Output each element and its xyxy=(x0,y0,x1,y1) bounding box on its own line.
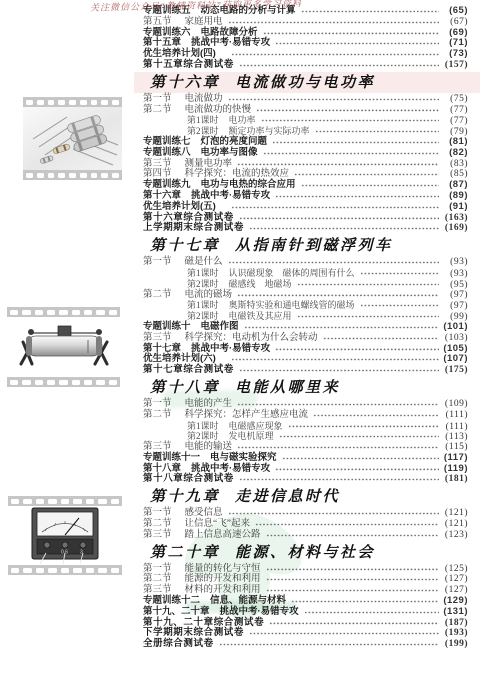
perforation-hole xyxy=(84,380,92,385)
chapter-heading: 第二十章能源、材料与社会 xyxy=(143,543,468,563)
perforation-hole xyxy=(58,100,65,105)
dot-leader xyxy=(228,17,439,28)
toc-entry: 第十七章综合测试卷(175) xyxy=(143,365,468,376)
dot-leader xyxy=(239,474,439,485)
filmstrip-perforations xyxy=(23,170,122,180)
dot-leader xyxy=(239,213,439,224)
entry-page-number: (77) xyxy=(442,105,468,116)
perforation-hole xyxy=(48,568,56,573)
toc-entry: 第十五章综合测试卷(157) xyxy=(143,60,468,71)
perforation-hole xyxy=(35,380,43,385)
entry-page-number: (131) xyxy=(442,607,468,618)
entry-number: 第十八章 xyxy=(143,464,181,475)
entry-title: 踏上信息高速公路 xyxy=(185,530,261,541)
entry-number: 优生培养计划(五) xyxy=(143,202,216,213)
entry-number: 上学期期末综合测试卷 xyxy=(143,223,244,234)
perforation-hole xyxy=(98,568,106,573)
toc-entry: 第1课时认识磁现象 磁体的周围有什么(93) xyxy=(143,268,468,279)
toc-entry: 第一节感受信息(121) xyxy=(143,508,468,519)
entry-page-number: (111) xyxy=(442,410,468,421)
perforation-hole xyxy=(96,380,104,385)
perforation-hole xyxy=(58,173,65,178)
entry-number: 第十九、二十章综合测试卷 xyxy=(143,618,264,629)
chapter-number: 第十九章 xyxy=(150,489,220,505)
perforation-hole xyxy=(26,100,33,105)
entry-title: 家庭用电 xyxy=(185,17,223,28)
filmstrip-perforations xyxy=(7,377,120,387)
dot-leader xyxy=(275,344,439,355)
entry-page-number: (121) xyxy=(442,519,468,530)
entry-page-number: (169) xyxy=(442,223,468,234)
dot-leader xyxy=(269,618,439,629)
toc-entry: 第二节电流的磁场(97) xyxy=(143,290,468,301)
entry-number: 第十六章综合测试卷 xyxy=(143,213,234,224)
perforation-hole xyxy=(37,100,44,105)
entry-title: 电磁作图 xyxy=(201,322,239,333)
meter-photo: 0.6 3 xyxy=(8,506,122,565)
perforation-hole xyxy=(11,499,19,504)
toc-entry: 专题训练八电功率与图像(82) xyxy=(143,148,468,159)
chapter-heading: 第十七章从指南针到磁浮列车 xyxy=(143,236,468,256)
toc-entry: 第一节磁是什么(93) xyxy=(143,257,468,268)
rheostat-photo xyxy=(7,317,120,377)
dot-leader xyxy=(266,530,439,541)
perforation-hole xyxy=(112,173,119,178)
chapter-number: 第十七章 xyxy=(150,238,220,254)
entry-number: 第二节 xyxy=(143,290,172,301)
perforation-hole xyxy=(84,310,92,315)
toc-entry: 第1课时电功率(77) xyxy=(143,115,468,126)
dot-leader xyxy=(275,191,439,202)
resistors-photo xyxy=(23,107,122,170)
toc-entry: 下学期期末综合测试卷(193) xyxy=(143,628,468,639)
entry-page-number: (125) xyxy=(442,564,468,575)
perforation-hole xyxy=(35,310,43,315)
entry-page-number: (181) xyxy=(442,474,468,485)
dot-leader xyxy=(231,202,439,213)
dot-leader xyxy=(297,279,439,290)
entry-number: 优生培养计划(四) xyxy=(143,49,216,60)
entry-number: 第一节 xyxy=(143,399,172,410)
perforation-hole xyxy=(91,100,98,105)
toc-entry: 专题训练七灯泡的亮度问题(81) xyxy=(143,137,468,148)
toc-entry: 第二节让信息“飞”起来(121) xyxy=(143,519,468,530)
entry-page-number: (97) xyxy=(442,301,468,312)
dot-leader xyxy=(237,290,439,301)
entry-number: 第五节 xyxy=(143,17,172,28)
entry-title: 电功率与图像 xyxy=(201,148,258,159)
entry-title: 能量的转化与守恒 xyxy=(185,564,261,575)
perforation-hole xyxy=(48,499,56,504)
entry-page-number: (111) xyxy=(442,422,468,433)
entry-title: 磁感线 地磁场 xyxy=(229,279,292,290)
chapter-title: 电流做功与电功率 xyxy=(235,75,375,91)
entry-number: 第二节 xyxy=(143,105,172,116)
entry-title: 电功率 xyxy=(229,115,256,126)
perforation-hole xyxy=(73,499,81,504)
entry-page-number: (121) xyxy=(442,508,468,519)
entry-title: 科学探究：电动机为什么会转动 xyxy=(185,333,318,344)
chapter-number: 第十八章 xyxy=(150,380,220,396)
perforation-hole xyxy=(98,499,106,504)
entry-title: 能源的开发和利用 xyxy=(185,574,261,585)
perforation-hole xyxy=(61,499,69,504)
dot-leader xyxy=(301,180,439,191)
toc-entry: 第2课时磁感线 地磁场(95) xyxy=(143,279,468,290)
toc-entry: 第二节能源的开发和利用(127) xyxy=(143,574,468,585)
dot-leader xyxy=(291,596,439,607)
dot-leader xyxy=(263,28,439,39)
entry-title: 奥斯特实验和通电螺线管的磁场 xyxy=(229,300,355,311)
entry-number: 第一节 xyxy=(143,564,172,575)
dot-leader xyxy=(255,519,439,530)
toc-entry: 专题训练十电磁作图(101) xyxy=(143,322,468,333)
perforation-hole xyxy=(96,310,104,315)
entry-number: 第2课时 xyxy=(187,431,219,442)
entry-page-number: (119) xyxy=(442,464,468,475)
toc-entry: 第2课时额定功率与实际功率(79) xyxy=(143,126,468,137)
entry-page-number: (82) xyxy=(442,148,468,159)
perforation-hole xyxy=(37,173,44,178)
perforation-hole xyxy=(69,173,76,178)
toc-entry: 优生培养计划(六)(107) xyxy=(143,354,468,365)
toc-entry: 第十九、二十章挑战中考·易错专攻(131) xyxy=(143,607,468,618)
entry-page-number: (127) xyxy=(442,574,468,585)
toc-entry: 第四节科学探究：电流的热效应(85) xyxy=(143,169,468,180)
dot-leader xyxy=(237,159,439,170)
perforation-hole xyxy=(22,380,30,385)
entry-page-number: (157) xyxy=(442,60,468,71)
perforation-hole xyxy=(59,380,67,385)
dot-leader xyxy=(263,148,439,159)
perforation-hole xyxy=(23,499,31,504)
toc-entry: 第二节科学探究：怎样产生感应电流(111) xyxy=(143,410,468,421)
perforation-hole xyxy=(48,173,55,178)
entry-title: 电流做功 xyxy=(185,94,223,105)
entry-title: 让信息“飞”起来 xyxy=(185,519,250,530)
entry-page-number: (123) xyxy=(442,530,468,541)
dot-leader xyxy=(360,268,439,279)
entry-page-number: (109) xyxy=(442,399,468,410)
entry-number: 第二节 xyxy=(143,410,172,421)
filmstrip-perforations xyxy=(23,97,122,107)
toc-entry: 第1课时电磁感应现象(111) xyxy=(143,421,468,432)
perforation-hole xyxy=(86,499,94,504)
dot-leader xyxy=(228,94,439,105)
filmstrip-perforations xyxy=(8,565,122,575)
perforation-hole xyxy=(111,568,119,573)
filmstrip-perforations xyxy=(7,307,120,317)
toc-entry: 优生培养计划(五)(91) xyxy=(143,202,468,213)
entry-number: 第一节 xyxy=(143,508,172,519)
dot-leader xyxy=(297,311,439,322)
perforation-hole xyxy=(36,568,44,573)
toc-entry: 第三节测量电功率(83) xyxy=(143,159,468,170)
entry-number: 优生培养计划(六) xyxy=(143,354,216,365)
dot-leader xyxy=(313,410,439,421)
chapter-heading: 第十六章电流做功与电功率 xyxy=(143,73,468,93)
entry-number: 第1课时 xyxy=(187,300,219,311)
chapter-number: 第十六章 xyxy=(150,75,220,91)
perforation-hole xyxy=(109,310,117,315)
perforation-hole xyxy=(47,310,55,315)
perforation-hole xyxy=(69,100,76,105)
filmstrip-resistors xyxy=(23,97,122,180)
dot-leader xyxy=(304,607,439,618)
perforation-hole xyxy=(23,568,31,573)
entry-number: 第十七章综合测试卷 xyxy=(143,365,234,376)
filmstrip-rheostat xyxy=(7,307,120,387)
perforation-hole xyxy=(26,173,33,178)
entry-page-number: (193) xyxy=(442,628,468,639)
entry-title: 挑战中考·易错专攻 xyxy=(191,464,270,475)
toc-entry: 优生培养计划(四)(73) xyxy=(143,49,468,60)
perforation-hole xyxy=(47,380,55,385)
perforation-hole xyxy=(111,499,119,504)
perforation-hole xyxy=(101,100,108,105)
entry-number: 专题训练八 xyxy=(143,148,191,159)
toc-entry: 第十六章综合测试卷(163) xyxy=(143,213,468,224)
dot-leader xyxy=(231,354,439,365)
chapter-heading: 第十八章电能从哪里来 xyxy=(143,378,468,398)
dot-leader xyxy=(244,322,439,333)
perforation-hole xyxy=(22,310,30,315)
entry-page-number: (107) xyxy=(442,354,468,365)
toc-entry: 第一节电流做功(75) xyxy=(143,94,468,105)
entry-number: 全册综合测试卷 xyxy=(143,639,214,650)
dot-leader xyxy=(275,464,439,475)
dot-leader xyxy=(288,421,439,432)
entry-number: 第三节 xyxy=(143,530,172,541)
dot-leader xyxy=(323,333,439,344)
entry-title: 磁是什么 xyxy=(185,257,223,268)
entry-page-number: (67) xyxy=(442,17,468,28)
entry-title: 挑战中考·易错专攻 xyxy=(220,607,299,618)
dot-leader xyxy=(360,300,439,311)
toc-entry: 第三节踏上信息高速公路(123) xyxy=(143,530,468,541)
perforation-hole xyxy=(112,100,119,105)
entry-page-number: (93) xyxy=(442,269,468,280)
dot-leader xyxy=(279,431,439,442)
perforation-hole xyxy=(48,100,55,105)
filmstrip-meter: 0.6 3 xyxy=(8,496,122,575)
scanned-toc-page: 关注微信公众号“教辅资料站”获取更多学习资料 xyxy=(0,0,480,692)
entry-page-number: (199) xyxy=(442,639,468,650)
dot-leader xyxy=(249,223,439,234)
entry-number: 第1课时 xyxy=(187,115,219,126)
entry-title: 认识磁现象 磁体的周围有什么 xyxy=(229,268,355,279)
entry-number: 第二节 xyxy=(143,519,172,530)
entry-page-number: (175) xyxy=(442,365,468,376)
entry-title: 电流做功的快慢 xyxy=(185,105,252,116)
dot-leader xyxy=(266,574,439,585)
perforation-hole xyxy=(73,568,81,573)
entry-page-number: (91) xyxy=(442,202,468,213)
dot-leader xyxy=(219,639,439,650)
dot-leader xyxy=(315,126,439,137)
toc-entry: 全册综合测试卷(199) xyxy=(143,639,468,650)
entry-page-number: (187) xyxy=(442,618,468,629)
perforation-hole xyxy=(72,310,80,315)
chapter-number: 第二十章 xyxy=(150,545,220,561)
perforation-hole xyxy=(11,568,19,573)
entry-page-number: (73) xyxy=(442,49,468,60)
chapter-title: 从指南针到磁浮列车 xyxy=(235,238,393,254)
entry-title: 测量电功率 xyxy=(185,159,233,170)
dot-leader xyxy=(261,115,439,126)
entry-title: 电磁感应现象 xyxy=(229,421,283,432)
perforation-hole xyxy=(86,568,94,573)
toc-entry: 第十八章挑战中考·易错专攻(119) xyxy=(143,464,468,475)
toc-entry: 第1课时奥斯特实验和通电螺线管的磁场(97) xyxy=(143,300,468,311)
dot-leader xyxy=(228,508,439,519)
toc-entry: 第二节电流做功的快慢(77) xyxy=(143,105,468,116)
entry-number: 第一节 xyxy=(143,257,172,268)
filmstrip-perforations xyxy=(8,496,122,506)
perforation-hole xyxy=(80,173,87,178)
entry-page-number: (65) xyxy=(442,6,468,17)
perforation-hole xyxy=(61,568,69,573)
dot-leader xyxy=(228,257,439,268)
entry-page-number: (83) xyxy=(442,159,468,170)
entry-title: 电能的产生 xyxy=(185,399,233,410)
perforation-hole xyxy=(10,380,18,385)
entry-number: 专题训练十 xyxy=(143,322,191,333)
entry-number: 第十五章综合测试卷 xyxy=(143,60,234,71)
table-of-contents: 专题训练五动态电路的分析与计算(65)第五节家庭用电(67)专题训练六电路故障分… xyxy=(143,6,468,650)
dot-leader xyxy=(239,365,439,376)
entry-title: 感受信息 xyxy=(185,508,223,519)
entry-title: 科学探究：怎样产生感应电流 xyxy=(185,410,309,421)
entry-number: 第十八章综合测试卷 xyxy=(143,474,234,485)
chapter-heading: 第十九章走进信息时代 xyxy=(143,487,468,507)
entry-page-number: (75) xyxy=(442,94,468,105)
entry-number: 第二节 xyxy=(143,574,172,585)
perforation-hole xyxy=(109,380,117,385)
dot-leader xyxy=(249,628,439,639)
entry-number: 第三节 xyxy=(143,333,172,344)
dot-leader xyxy=(239,60,439,71)
entry-page-number: (163) xyxy=(442,213,468,224)
entry-number: 第十九、二十章 xyxy=(143,607,210,618)
dot-leader xyxy=(282,453,439,464)
entry-title: 电流的磁场 xyxy=(185,290,233,301)
entry-page-number: (101) xyxy=(442,322,468,333)
toc-entry: 上学期期末综合测试卷(169) xyxy=(143,223,468,234)
toc-entry: 第2课时电磁铁及其应用(99) xyxy=(143,311,468,322)
perforation-hole xyxy=(72,380,80,385)
toc-entry: 第三节科学探究：电动机为什么会转动(103) xyxy=(143,333,468,344)
toc-entry: 第十八章综合测试卷(181) xyxy=(143,474,468,485)
entry-number: 第三节 xyxy=(143,159,172,170)
dot-leader xyxy=(231,49,439,60)
dot-leader xyxy=(272,137,439,148)
perforation-hole xyxy=(91,173,98,178)
perforation-hole xyxy=(10,310,18,315)
perforation-hole xyxy=(59,310,67,315)
entry-number: 第1课时 xyxy=(187,421,219,432)
entry-page-number: (103) xyxy=(442,333,468,344)
perforation-hole xyxy=(36,499,44,504)
toc-entry: 第2课时发电机原理(113) xyxy=(143,431,468,442)
entry-number: 第2课时 xyxy=(187,279,219,290)
entry-title: 发电机原理 xyxy=(229,431,274,442)
toc-entry: 第五节家庭用电(67) xyxy=(143,17,468,28)
dot-leader xyxy=(266,564,439,575)
entry-page-number: (97) xyxy=(442,290,468,301)
dot-leader xyxy=(294,169,439,180)
entry-page-number: (77) xyxy=(442,116,468,127)
entry-number: 第一节 xyxy=(143,94,172,105)
perforation-hole xyxy=(80,100,87,105)
chapter-title: 电能从哪里来 xyxy=(235,380,340,396)
dot-leader xyxy=(266,585,439,596)
toc-entry: 第一节电能的产生(109) xyxy=(143,399,468,410)
perforation-hole xyxy=(101,173,108,178)
chapter-title: 走进信息时代 xyxy=(235,489,340,505)
dot-leader xyxy=(275,38,439,49)
entry-page-number: (93) xyxy=(442,257,468,268)
chapter-title: 能源、材料与社会 xyxy=(235,545,375,561)
toc-entry: 第一节能量的转化与守恒(125) xyxy=(143,564,468,575)
entry-number: 第1课时 xyxy=(187,268,219,279)
dot-leader xyxy=(256,105,439,116)
dot-leader xyxy=(237,399,439,410)
entry-number: 下学期期末综合测试卷 xyxy=(143,628,244,639)
toc-entry: 第十九、二十章综合测试卷(187) xyxy=(143,618,468,629)
